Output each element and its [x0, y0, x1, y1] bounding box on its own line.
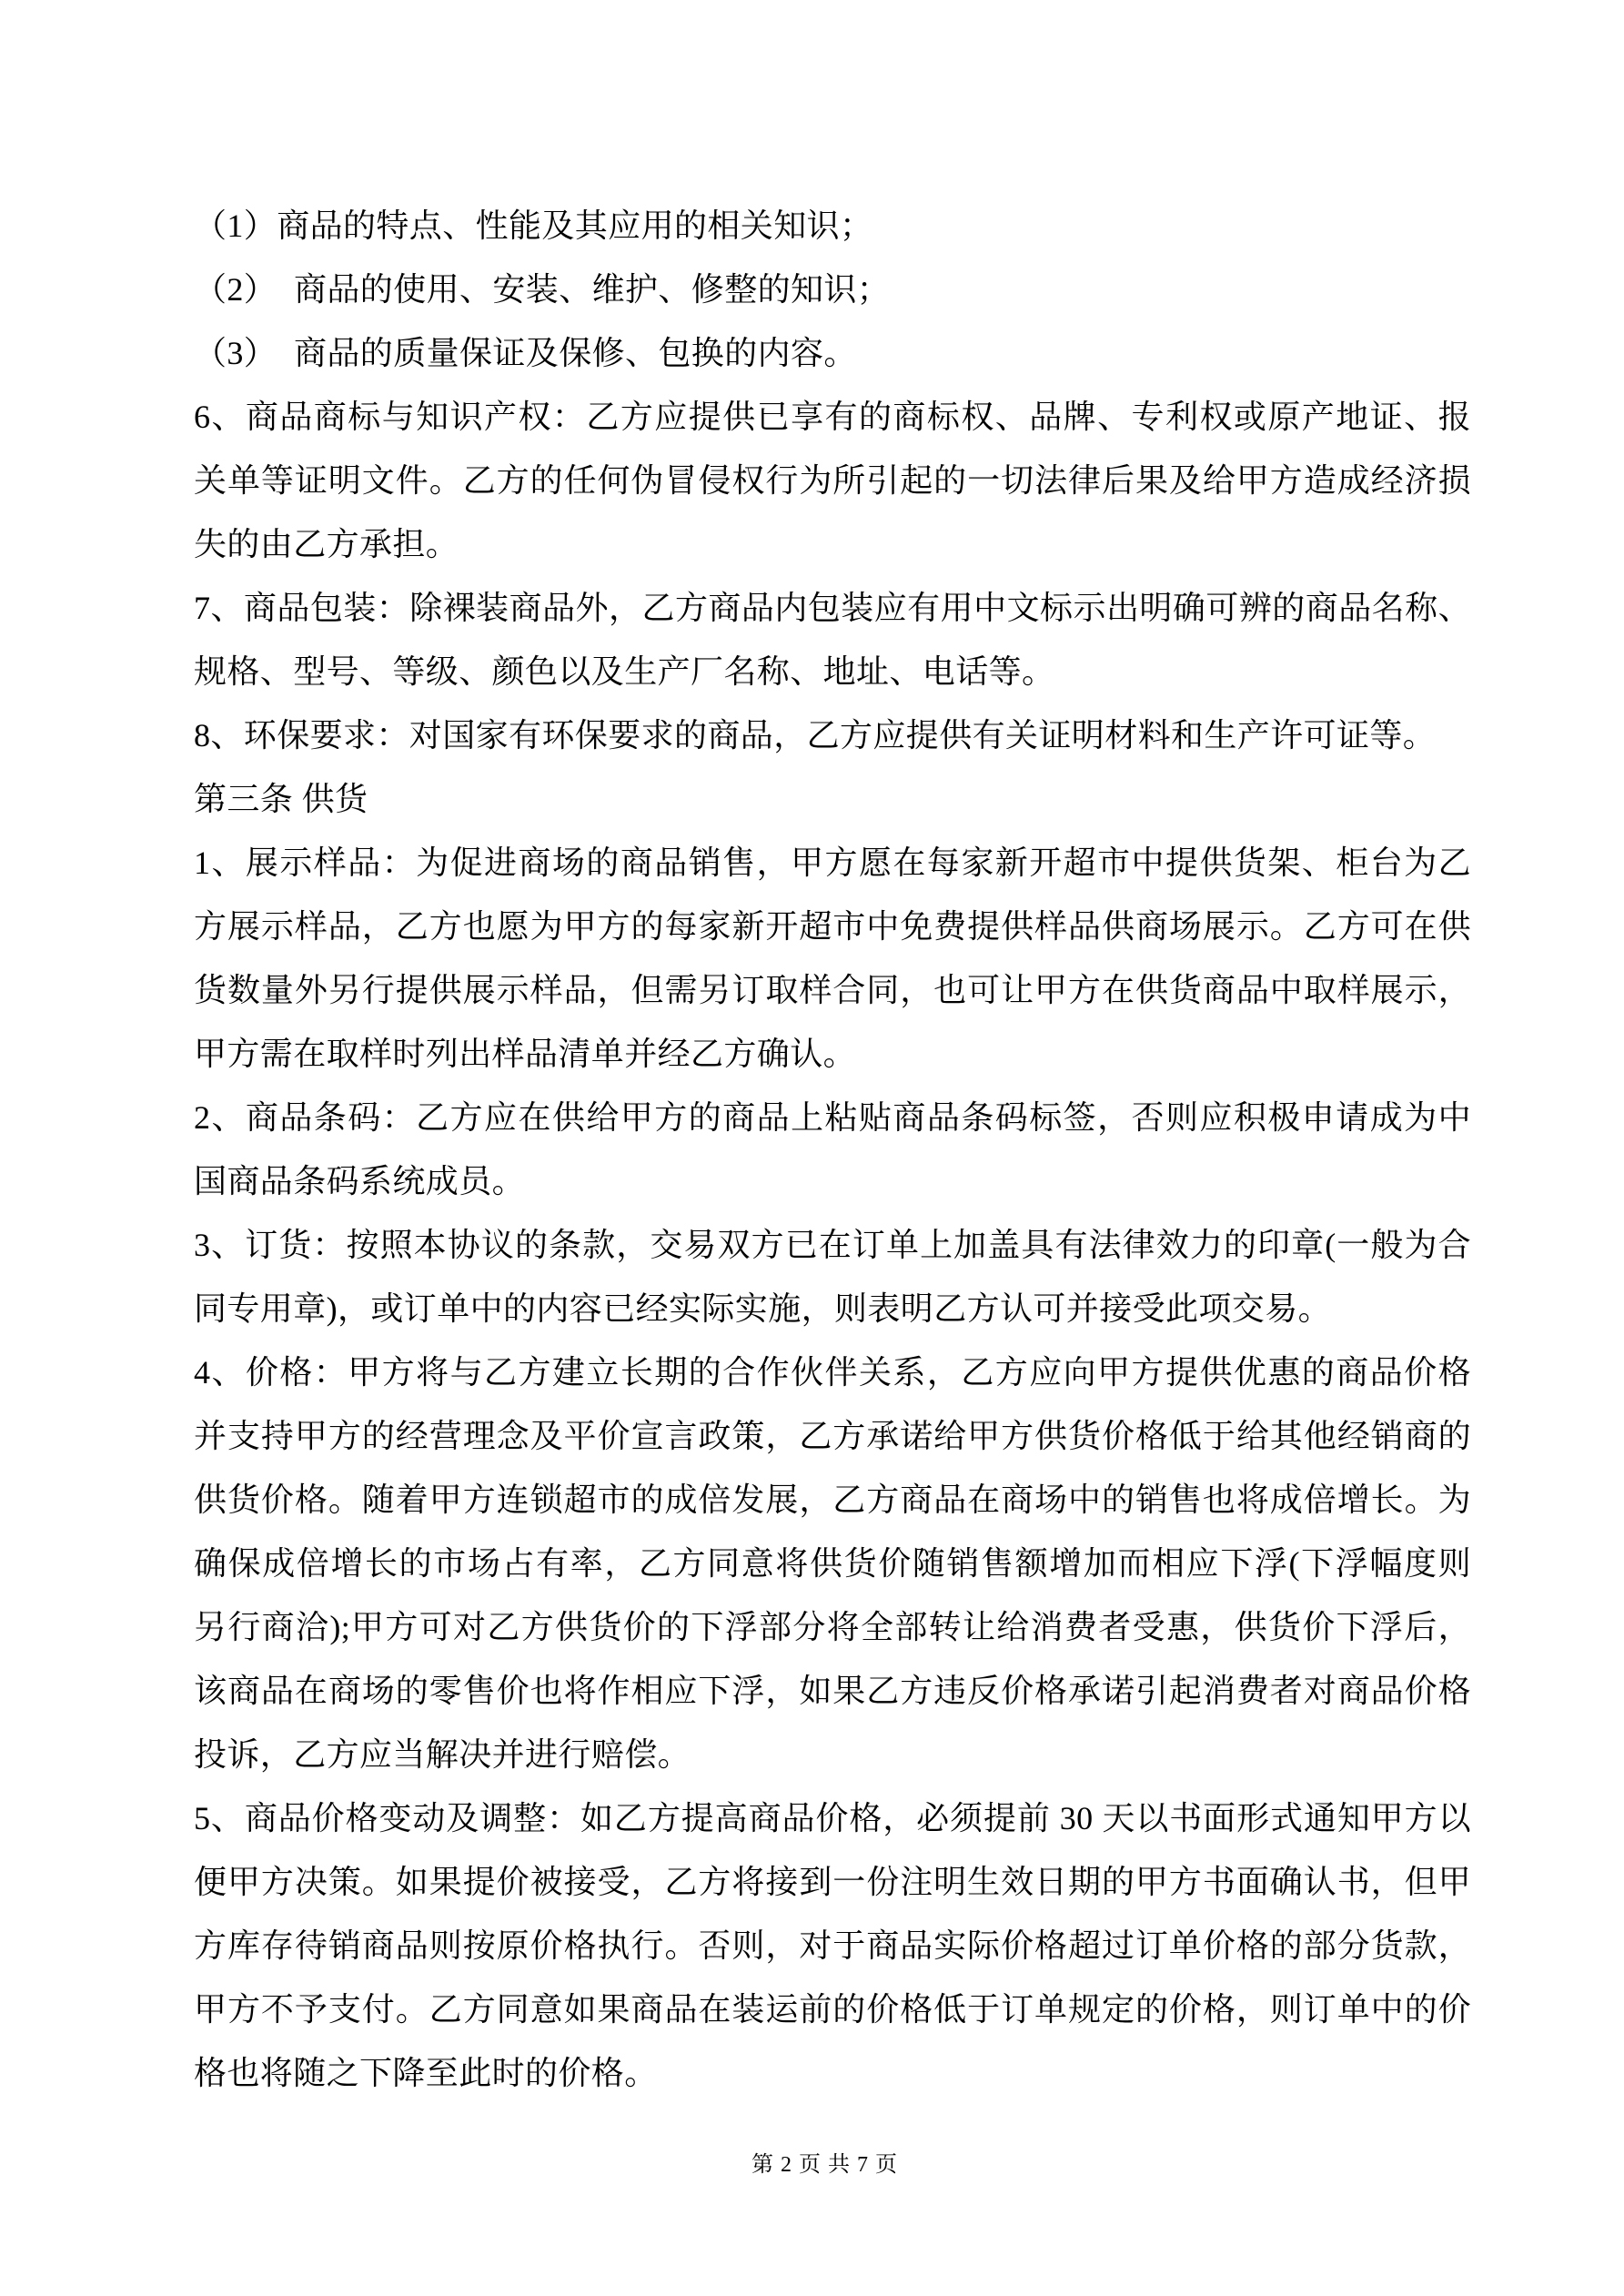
text-line: 3、订货：按照本协议的条款，交易双方已在订单上加盖具有法律效力的印章(一般为合 — [194, 1213, 1471, 1277]
text-line: 便甲方决策。如果提价被接受，乙方将接到一份注明生效日期的甲方书面确认书，但甲 — [194, 1850, 1471, 1914]
text-line: （1）商品的特点、性能及其应用的相关知识； — [194, 194, 1471, 258]
text-line: 1、展示样品：为促进商场的商品销售，甲方愿在每家新开超市中提供货架、柜台为乙 — [194, 831, 1471, 895]
text-line: 6、商品商标与知识产权：乙方应提供已享有的商标权、品牌、专利权或原产地证、报 — [194, 385, 1471, 449]
text-line: 第三条 供货 — [194, 767, 1471, 831]
text-line: 货数量外另行提供展示样品，但需另订取样合同，也可让甲方在供货商品中取样展示， — [194, 958, 1471, 1022]
text-line: 7、商品包装：除裸装商品外，乙方商品内包装应有用中文标示出明确可辨的商品名称、 — [194, 576, 1471, 640]
text-line: 关单等证明文件。乙方的任何伪冒侵权行为所引起的一切法律后果及给甲方造成经济损 — [194, 449, 1471, 512]
text-line: 同专用章)，或订单中的内容已经实际实施，则表明乙方认可并接受此项交易。 — [194, 1277, 1471, 1340]
contract-page: （1）商品的特点、性能及其应用的相关知识；（2） 商品的使用、安装、维护、修整的… — [0, 0, 1624, 2296]
text-line: 格也将随之下降至此时的价格。 — [194, 2041, 1471, 2105]
text-line: 5、商品价格变动及调整：如乙方提高商品价格，必须提前 30 天以书面形式通知甲方… — [194, 1786, 1471, 1850]
text-line: 甲方需在取样时列出样品清单并经乙方确认。 — [194, 1022, 1471, 1086]
text-line: 8、环保要求：对国家有环保要求的商品，乙方应提供有关证明材料和生产许可证等。 — [194, 703, 1471, 767]
text-line: 甲方不予支付。乙方同意如果商品在装运前的价格低于订单规定的价格，则订单中的价 — [194, 1977, 1471, 2041]
text-line: 方展示样品，乙方也愿为甲方的每家新开超市中免费提供样品供商场展示。乙方可在供 — [194, 895, 1471, 958]
contract-body: （1）商品的特点、性能及其应用的相关知识；（2） 商品的使用、安装、维护、修整的… — [194, 194, 1471, 2105]
text-line: 并支持甲方的经营理念及平价宣言政策，乙方承诺给甲方供货价格低于给其他经销商的 — [194, 1404, 1471, 1468]
text-line: 该商品在商场的零售价也将作相应下浮，如果乙方违反价格承诺引起消费者对商品价格 — [194, 1659, 1471, 1723]
text-line: 方库存待销商品则按原价格执行。否则，对于商品实际价格超过订单价格的部分货款， — [194, 1914, 1471, 1977]
text-line: 规格、型号、等级、颜色以及生产厂名称、地址、电话等。 — [194, 640, 1471, 703]
text-line: 2、商品条码：乙方应在供给甲方的商品上粘贴商品条码标签，否则应积极申请成为中 — [194, 1086, 1471, 1149]
text-line: 供货价格。随着甲方连锁超市的成倍发展，乙方商品在商场中的销售也将成倍增长。为 — [194, 1468, 1471, 1532]
text-line: （2） 商品的使用、安装、维护、修整的知识； — [194, 258, 1471, 321]
page-number-label: 第 2 页 共 7 页 — [751, 2153, 898, 2177]
text-line: 4、价格：甲方将与乙方建立长期的合作伙伴关系，乙方应向甲方提供优惠的商品价格 — [194, 1340, 1471, 1404]
text-line: 国商品条码系统成员。 — [194, 1149, 1471, 1213]
page-footer: 第 2 页 共 7 页 — [0, 2124, 1624, 2206]
text-line: 确保成倍增长的市场占有率，乙方同意将供货价随销售额增加而相应下浮(下浮幅度则 — [194, 1532, 1471, 1595]
text-line: （3） 商品的质量保证及保修、包换的内容。 — [194, 321, 1471, 385]
text-line: 投诉，乙方应当解决并进行赔偿。 — [194, 1723, 1471, 1786]
text-line: 失的由乙方承担。 — [194, 512, 1471, 576]
text-line: 另行商洽);甲方可对乙方供货价的下浮部分将全部转让给消费者受惠，供货价下浮后， — [194, 1595, 1471, 1659]
